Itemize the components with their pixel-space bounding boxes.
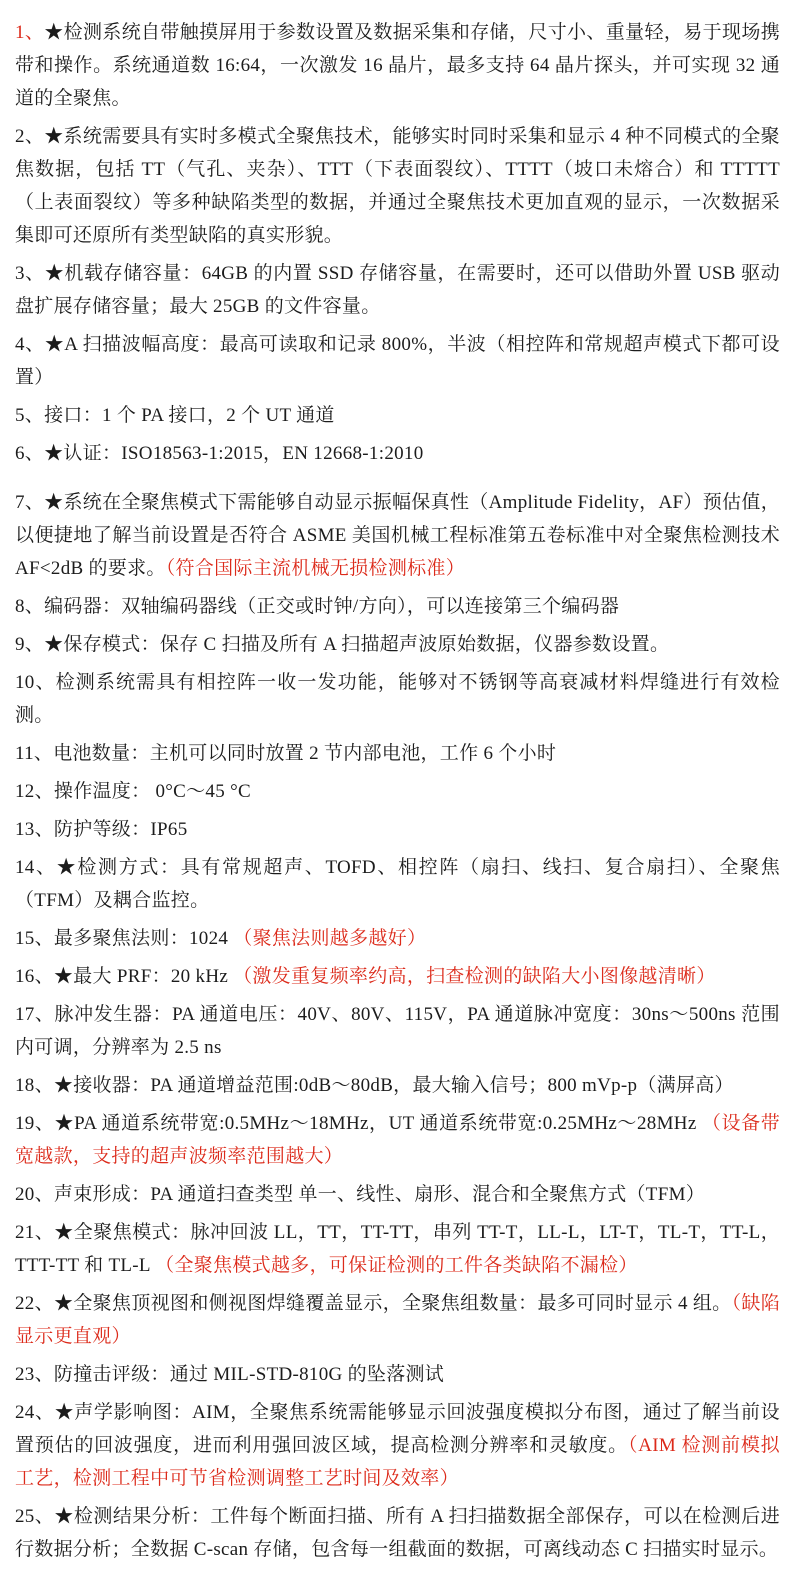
item-number: 17、 — [15, 1004, 55, 1025]
spec-item-5: 5、接口：1 个 PA 接口，2 个 UT 通道 — [15, 399, 780, 432]
item-remark-highlight: （激发重复频率约高，扫查检测的缺陷大小图像越清晰） — [233, 966, 716, 987]
item-text: 最多聚焦法则：1024 — [54, 928, 233, 949]
item-text: ★检测结果分析：工件每个断面扫描、所有 A 扫扫描数据全部保存，可以在检测后进行… — [15, 1506, 780, 1560]
spec-item-12: 12、操作温度： 0°C～45 °C — [15, 775, 780, 808]
item-number: 20、 — [15, 1184, 54, 1205]
item-text: ★检测系统自带触摸屏用于参数设置及数据采集和存储，尺寸小、重量轻，易于现场携带和… — [15, 22, 780, 109]
item-text: ★系统需要具有实时多模式全聚焦技术，能够实时同时采集和显示 4 种不同模式的全聚… — [15, 126, 780, 246]
spec-item-9: 9、★保存模式：保存 C 扫描及所有 A 扫描超声波原始数据，仪器参数设置。 — [15, 628, 780, 661]
item-number: 19、 — [15, 1113, 55, 1134]
item-text: ★全聚焦顶视图和侧视图焊缝覆盖显示，全聚焦组数量：最多可同时显示 4 组。 — [54, 1293, 732, 1314]
item-number: 7、 — [15, 492, 44, 513]
item-text: ★保存模式：保存 C 扫描及所有 A 扫描超声波原始数据，仪器参数设置。 — [44, 634, 669, 655]
spec-item-1: 1、★检测系统自带触摸屏用于参数设置及数据采集和存储，尺寸小、重量轻，易于现场携… — [15, 16, 780, 115]
item-number: 6、 — [15, 443, 44, 464]
spec-item-25: 25、★检测结果分析：工件每个断面扫描、所有 A 扫扫描数据全部保存，可以在检测… — [15, 1500, 780, 1566]
item-text: 检测系统需具有相控阵一收一发功能，能够对不锈钢等高衰减材料焊缝进行有效检测。 — [15, 672, 780, 726]
item-number: 9、 — [15, 634, 44, 655]
item-text: ★机载存储容量：64GB 的内置 SSD 存储容量，在需要时，还可以借助外置 U… — [15, 263, 780, 317]
spec-item-19: 19、★PA 通道系统带宽:0.5MHz～18MHz，UT 通道系统带宽:0.2… — [15, 1107, 780, 1173]
spec-item-20: 20、声束形成：PA 通道扫查类型 单一、线性、扇形、混合和全聚焦方式（TFM） — [15, 1178, 780, 1211]
item-number: 10、 — [15, 672, 56, 693]
item-number: 24、 — [15, 1402, 55, 1423]
item-number: 14、 — [15, 857, 57, 878]
spec-list: 1、★检测系统自带触摸屏用于参数设置及数据采集和存储，尺寸小、重量轻，易于现场携… — [15, 16, 780, 1566]
spec-item-17: 17、脉冲发生器：PA 通道电压：40V、80V、115V，PA 通道脉冲宽度：… — [15, 998, 780, 1064]
spec-item-3: 3、★机载存储容量：64GB 的内置 SSD 存储容量，在需要时，还可以借助外置… — [15, 257, 780, 323]
item-remark-highlight: （全聚焦模式越多，可保证检测的工件各类缺陷不漏检） — [155, 1255, 638, 1276]
item-text: 脉冲发生器：PA 通道电压：40V、80V、115V，PA 通道脉冲宽度：30n… — [15, 1004, 780, 1058]
spec-item-2: 2、★系统需要具有实时多模式全聚焦技术，能够实时同时采集和显示 4 种不同模式的… — [15, 120, 780, 252]
spec-item-8: 8、编码器：双轴编码器线（正交或时钟/方向），可以连接第三个编码器 — [15, 590, 780, 623]
spec-item-6: 6、★认证：ISO18563-1:2015，EN 12668-1:2010 — [15, 437, 780, 470]
spec-item-11: 11、电池数量：主机可以同时放置 2 节内部电池，工作 6 个小时 — [15, 737, 780, 770]
spec-item-14: 14、★检测方式：具有常规超声、TOFD、相控阵（扇扫、线扫、复合扇扫）、全聚焦… — [15, 851, 780, 917]
item-text: 接口：1 个 PA 接口，2 个 UT 通道 — [44, 405, 335, 426]
item-text: 电池数量：主机可以同时放置 2 节内部电池，工作 6 个小时 — [53, 743, 556, 764]
item-number: 23、 — [15, 1364, 54, 1385]
item-text: ★PA 通道系统带宽:0.5MHz～18MHz，UT 通道系统带宽:0.25MH… — [55, 1113, 702, 1134]
spec-document: 1、★检测系统自带触摸屏用于参数设置及数据采集和存储，尺寸小、重量轻，易于现场携… — [0, 0, 790, 1583]
item-text: ★最大 PRF：20 kHz — [54, 966, 233, 987]
item-number: 25、 — [15, 1506, 54, 1527]
spec-item-4: 4、★A 扫描波幅高度：最高可读取和记录 800%，半波（相控阵和常规超声模式下… — [15, 328, 780, 394]
item-remark-highlight: （符合国际主流机械无损检测标准） — [166, 558, 465, 579]
item-number: 5、 — [15, 405, 44, 426]
item-number: 12、 — [15, 781, 54, 802]
item-number: 18、 — [15, 1075, 54, 1096]
item-text: ★接收器：PA 通道增益范围:0dB～80dB，最大输入信号；800 mVp-p… — [54, 1075, 734, 1096]
spec-item-15: 15、最多聚焦法则：1024 （聚焦法则越多越好） — [15, 922, 780, 955]
item-number: 11、 — [15, 743, 53, 764]
item-number: 4、 — [15, 334, 45, 355]
spec-item-10: 10、检测系统需具有相控阵一收一发功能，能够对不锈钢等高衰减材料焊缝进行有效检测… — [15, 666, 780, 732]
item-text: ★认证：ISO18563-1:2015，EN 12668-1:2010 — [44, 443, 423, 464]
item-number: 2、 — [15, 126, 44, 147]
item-number: 1、 — [15, 22, 44, 43]
item-text: 操作温度： 0°C～45 °C — [54, 781, 251, 802]
item-text: 防护等级：IP65 — [54, 819, 188, 840]
spec-item-13: 13、防护等级：IP65 — [15, 813, 780, 846]
item-remark-highlight: （聚焦法则越多越好） — [233, 928, 426, 949]
spec-item-16: 16、★最大 PRF：20 kHz （激发重复频率约高，扫查检测的缺陷大小图像越… — [15, 960, 780, 993]
item-number: 22、 — [15, 1293, 54, 1314]
item-text: 声束形成：PA 通道扫查类型 单一、线性、扇形、混合和全聚焦方式（TFM） — [54, 1184, 705, 1205]
spec-item-21: 21、★全聚焦模式：脉冲回波 LL，TT，TT-TT，串列 TT-T，LL-L，… — [15, 1216, 780, 1282]
item-number: 3、 — [15, 263, 45, 284]
item-number: 16、 — [15, 966, 54, 987]
item-text: ★A 扫描波幅高度：最高可读取和记录 800%，半波（相控阵和常规超声模式下都可… — [15, 334, 780, 388]
spec-item-22: 22、★全聚焦顶视图和侧视图焊缝覆盖显示，全聚焦组数量：最多可同时显示 4 组。… — [15, 1287, 780, 1353]
item-text: 编码器：双轴编码器线（正交或时钟/方向），可以连接第三个编码器 — [44, 596, 619, 617]
item-text: 防撞击评级：通过 MIL-STD-810G 的坠落测试 — [54, 1364, 444, 1385]
item-number: 8、 — [15, 596, 44, 617]
item-number: 15、 — [15, 928, 54, 949]
spec-item-7: 7、★系统在全聚焦模式下需能够自动显示振幅保真性（Amplitude Fidel… — [15, 486, 780, 585]
item-text: ★检测方式：具有常规超声、TOFD、相控阵（扇扫、线扫、复合扇扫）、全聚焦（TF… — [15, 857, 780, 911]
spec-item-18: 18、★接收器：PA 通道增益范围:0dB～80dB，最大输入信号；800 mV… — [15, 1069, 780, 1102]
item-number: 21、 — [15, 1222, 54, 1243]
spec-item-24: 24、★声学影响图：AIM，全聚焦系统需能够显示回波强度模拟分布图，通过了解当前… — [15, 1396, 780, 1495]
spec-item-23: 23、防撞击评级：通过 MIL-STD-810G 的坠落测试 — [15, 1358, 780, 1391]
item-number: 13、 — [15, 819, 54, 840]
